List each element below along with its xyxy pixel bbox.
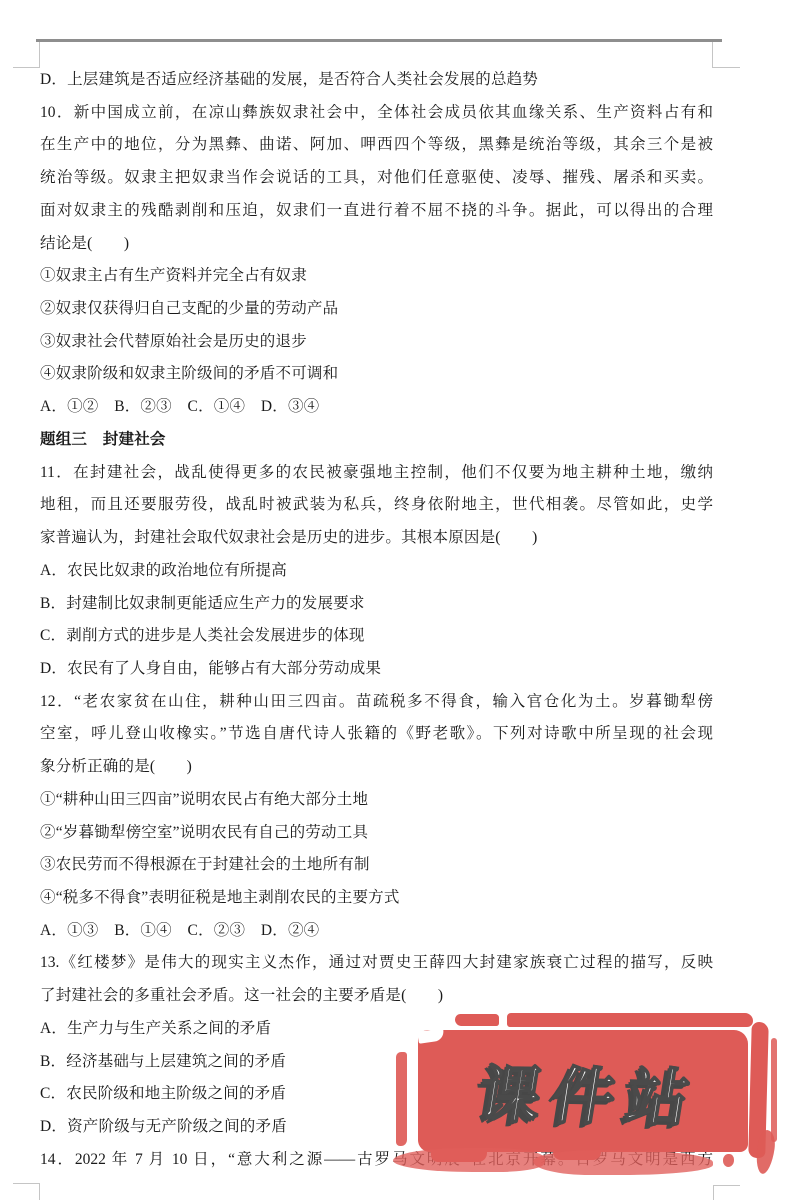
- text-line: 统治等级。奴隶主把奴隶当作会说话的工具，对他们任意驱使、凌辱、摧残、屠杀和买卖。: [40, 162, 713, 195]
- text-line: A．①② B．②③ C．①④ D．③④: [40, 391, 713, 424]
- text-line: ④“税多不得食”表明征税是地主剥削农民的主要方式: [40, 882, 713, 915]
- text-line: ②“岁暮锄犁傍空室”说明农民有自己的劳动工具: [40, 817, 713, 850]
- stamp-left-bar: [396, 1052, 407, 1146]
- document-viewer: { "page": { "background": "#ffffff", "se…: [0, 0, 800, 1200]
- text-line: C．剥削方式的进步是人类社会发展进步的体现: [40, 620, 713, 653]
- page-separator-line: [36, 39, 722, 42]
- text-line: ③农民劳而不得根源在于封建社会的土地所有制: [40, 849, 713, 882]
- text-line: 结论是( ): [40, 228, 713, 261]
- text-line: B．封建制比奴隶制更能适应生产力的发展要求: [40, 588, 713, 621]
- text-line: 在生产中的地位，分为黑彝、曲诺、阿加、呷西四个等级，黑彝是统治等级，其余三个是被: [40, 129, 713, 162]
- stamp-label: 课件站: [409, 1027, 765, 1155]
- kejian-stamp-watermark: 课件站: [393, 1006, 788, 1182]
- text-line: A．农民比奴隶的政治地位有所提高: [40, 555, 713, 588]
- text-line: 13.《红楼梦》是伟大的现实主义杰作，通过对贾史王薛四大封建家族衰亡过程的描写，…: [40, 947, 713, 980]
- text-line: 面对奴隶主的残酷剥削和压迫，奴隶们一直进行着不屈不挠的斗争。据此，可以得出的合理: [40, 195, 713, 228]
- text-line: D．农民有了人身自由，能够占有大部分劳动成果: [40, 653, 713, 686]
- text-line: 11．在封建社会，战乱使得更多的农民被豪强地主控制，他们不仅要为地主耕种土地，缴…: [40, 457, 713, 490]
- text-line: ④奴隶阶级和奴隶主阶级间的矛盾不可调和: [40, 358, 713, 391]
- text-line: 12．“老农家贫在山住，耕种山田三四亩。苗疏税多不得食，输入官仓化为土。岁暮锄犁…: [40, 686, 713, 719]
- text-line: A．①③ B．①④ C．②③ D．②④: [40, 915, 713, 948]
- text-line: ①奴隶主占有生产资料并完全占有奴隶: [40, 260, 713, 293]
- text-line: 地租，而且还要服劳役，战乱时被武装为私兵，终身依附地主，世代相袭。尽管如此，史学: [40, 489, 713, 522]
- text-line: 象分析正确的是( ): [40, 751, 713, 784]
- stamp-ink-dot: [723, 1154, 734, 1167]
- text-line: 题组三 封建社会: [40, 424, 713, 457]
- stamp-top-bar-segment: [507, 1013, 753, 1027]
- text-line: 家普遍认为，封建社会取代奴隶社会是历史的进步。其根本原因是( ): [40, 522, 713, 555]
- text-line: 10．新中国成立前，在凉山彝族奴隶社会中，全体社会成员依其血缘关系、生产资料占有…: [40, 97, 713, 130]
- text-line: D．上层建筑是否适应经济基础的发展，是否符合人类社会发展的总趋势: [40, 64, 713, 97]
- stamp-top-bar-segment: [455, 1014, 499, 1026]
- text-line: ③奴隶社会代替原始社会是历史的退步: [40, 326, 713, 359]
- stamp-bottom-band: [393, 1148, 545, 1172]
- text-line: 空室，呼儿登山收橡实。”节选自唐代诗人张籍的《野老歌》。下列对诗歌中所呈现的社会…: [40, 718, 713, 751]
- text-line: ①“耕种山田三四亩”说明农民占有绝大部分土地: [40, 784, 713, 817]
- text-line: ②奴隶仅获得归自己支配的少量的劳动产品: [40, 293, 713, 326]
- stamp-right-sliver: [771, 1038, 777, 1142]
